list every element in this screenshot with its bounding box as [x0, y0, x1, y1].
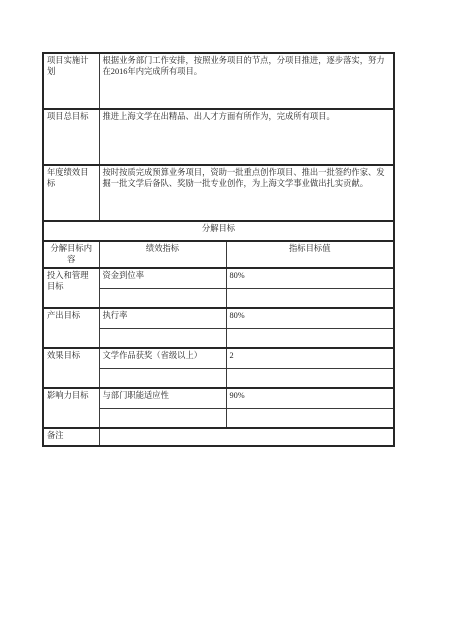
row-annual-performance-goal: 年度绩效目标 按时按质完成预算业务项目，资助一批重点创作项目、推出一批签约作家、…	[43, 165, 394, 221]
section-title-decomposed-goals: 分解目标	[43, 221, 394, 241]
row-remarks: 备注	[43, 428, 394, 446]
empty-cell	[99, 409, 226, 429]
performance-target-table: 项目实施计划 根据业务部门工作安排，按照业务项目的节点，分项目推进，逐步落实，努…	[42, 52, 395, 447]
target-literary-awards: 2	[226, 348, 394, 369]
row-output-goal: 产出目标 执行率 80%	[43, 308, 394, 329]
empty-cell	[226, 369, 394, 389]
indicator-department-function-fit: 与部门职能适应性	[99, 388, 226, 409]
empty-cell	[226, 329, 394, 349]
label-effect-goal: 效果目标	[43, 348, 99, 388]
label-annual-performance-goal: 年度绩效目标	[43, 165, 99, 221]
target-funds-in-place-rate: 80%	[226, 268, 394, 289]
empty-cell	[99, 289, 226, 309]
label-output-goal: 产出目标	[43, 308, 99, 348]
row-column-headers: 分解目标内容 绩效指标 指标目标值	[43, 241, 394, 268]
row-influence-goal: 影响力目标 与部门职能适应性 90%	[43, 388, 394, 409]
row-input-management-goal: 投入和管理目标 资金到位率 80%	[43, 268, 394, 289]
text-overall-goal: 推进上海文学在出精品、出人才方面有所作为，完成所有项目。	[99, 109, 394, 165]
col-header-indicator-target: 指标目标值	[226, 241, 394, 268]
label-influence-goal: 影响力目标	[43, 388, 99, 428]
document-page: 项目实施计划 根据业务部门工作安排，按照业务项目的节点，分项目推进，逐步落实，努…	[0, 0, 452, 640]
text-annual-performance-goal: 按时按质完成预算业务项目，资助一批重点创作项目、推出一批签约作家、发掘一批文学后…	[99, 165, 394, 221]
label-input-management-goal: 投入和管理目标	[43, 268, 99, 308]
empty-cell	[99, 329, 226, 349]
empty-cell	[226, 289, 394, 309]
text-implementation-plan: 根据业务部门工作安排，按照业务项目的节点，分项目推进，逐步落实，努力在2016年…	[99, 53, 394, 109]
target-execution-rate: 80%	[226, 308, 394, 329]
row-effect-goal: 效果目标 文学作品获奖（省级以上） 2	[43, 348, 394, 369]
label-overall-goal: 项目总目标	[43, 109, 99, 165]
col-header-performance-indicator: 绩效指标	[99, 241, 226, 268]
row-overall-goal: 项目总目标 推进上海文学在出精品、出人才方面有所作为，完成所有项目。	[43, 109, 394, 165]
indicator-funds-in-place-rate: 资金到位率	[99, 268, 226, 289]
target-department-function-fit: 90%	[226, 388, 394, 409]
remarks-value-cell	[99, 428, 394, 446]
empty-cell	[99, 369, 226, 389]
col-header-decomposed-content: 分解目标内容	[43, 241, 99, 268]
row-section-title: 分解目标	[43, 221, 394, 241]
row-implementation-plan: 项目实施计划 根据业务部门工作安排，按照业务项目的节点，分项目推进，逐步落实，努…	[43, 53, 394, 109]
indicator-execution-rate: 执行率	[99, 308, 226, 329]
empty-cell	[226, 409, 394, 429]
indicator-literary-awards: 文学作品获奖（省级以上）	[99, 348, 226, 369]
label-implementation-plan: 项目实施计划	[43, 53, 99, 109]
label-remarks: 备注	[43, 428, 99, 446]
